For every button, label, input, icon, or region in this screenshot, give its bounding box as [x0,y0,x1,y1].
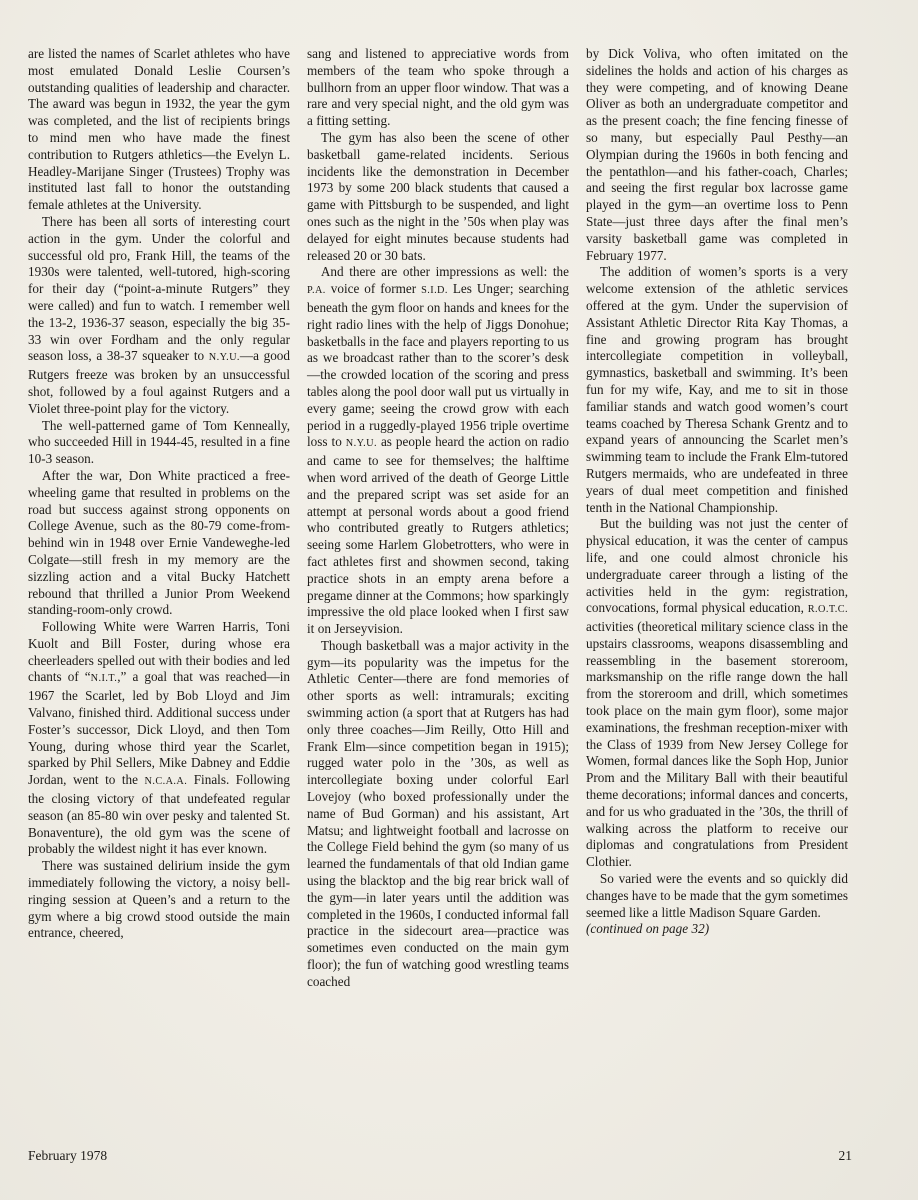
paragraph: And there are other impressions as well:… [307,264,569,638]
paragraph: There has been all sorts of interesting … [28,214,290,418]
column-1: are listed the names of Scarlet athletes… [28,46,290,991]
paragraph: So varied were the events and so quickly… [586,871,848,921]
page-footer: February 1978 21 [28,1148,852,1164]
magazine-page: are listed the names of Scarlet athletes… [0,0,918,1200]
paragraph: After the war, Don White practiced a fre… [28,468,290,619]
page-number: 21 [839,1148,853,1164]
paragraph: by Dick Voliva, who often imitated on th… [586,46,848,264]
paragraph: There was sustained delirium inside the … [28,858,290,942]
paragraph: (continued on page 32) [586,921,848,938]
column-3: by Dick Voliva, who often imitated on th… [586,46,848,991]
paragraph: The well-patterned game of Tom Kenneally… [28,418,290,468]
paragraph: The gym has also been the scene of other… [307,130,569,264]
column-2: sang and listened to appreciative words … [307,46,569,991]
paragraph: are listed the names of Scarlet athletes… [28,46,290,214]
paragraph: But the building was not just the center… [586,516,848,871]
paragraph: The addition of women’s sports is a very… [586,264,848,516]
paragraph: Though basketball was a major activity i… [307,638,569,991]
paragraph: Following White were Warren Harris, Toni… [28,619,290,858]
article-body: are listed the names of Scarlet athletes… [28,46,848,991]
paragraph: sang and listened to appreciative words … [307,46,569,130]
issue-date: February 1978 [28,1148,107,1164]
